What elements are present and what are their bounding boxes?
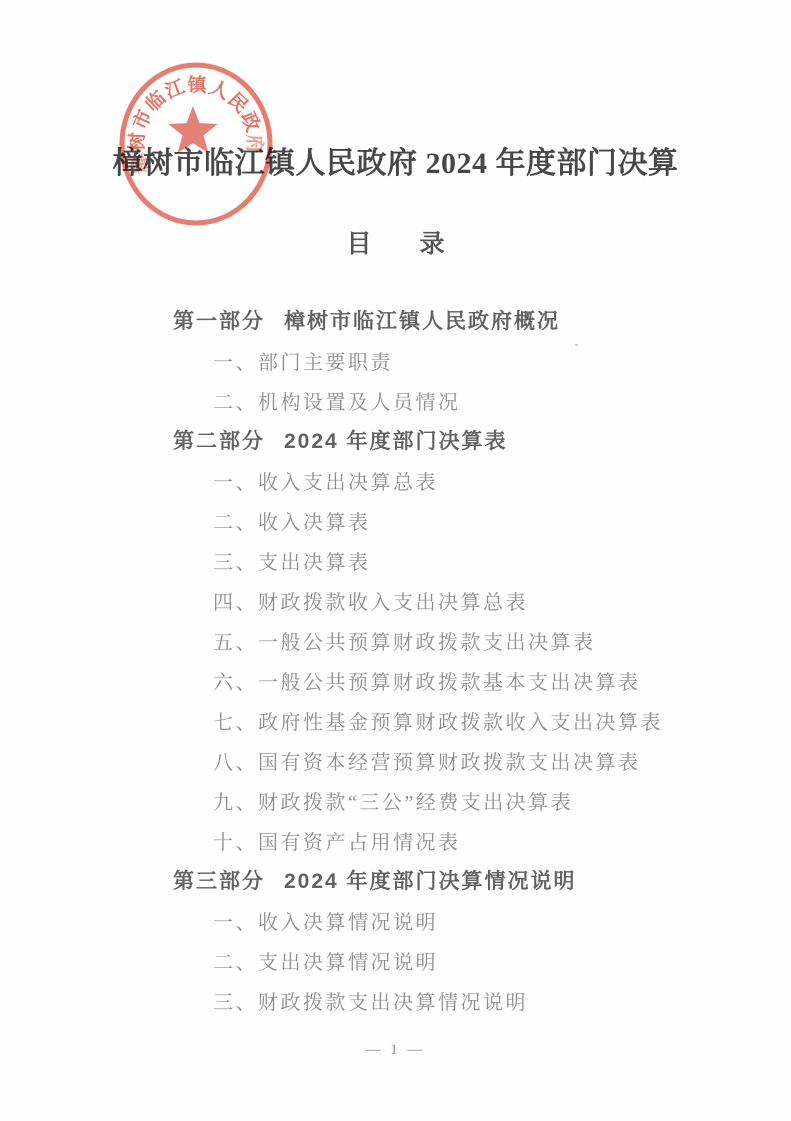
toc-item: 六、一般公共预算财政拨款基本支出决算表 xyxy=(173,660,731,700)
toc-section-label: 第二部分 xyxy=(173,425,265,455)
toc-item: 九、财政拨款“三公”经费支出决算表 xyxy=(173,780,731,820)
toc-heading: 目录 xyxy=(0,224,791,260)
scan-speck xyxy=(575,344,578,346)
toc-section-label: 第一部分 xyxy=(173,305,265,335)
toc-item: 十、国有资产占用情况表 xyxy=(173,820,731,860)
toc-section-title: 樟树市临江镇人民政府概况 xyxy=(284,305,560,335)
toc-section-label: 第三部分 xyxy=(173,865,265,895)
toc-item: 一、部门主要职责 xyxy=(173,340,731,380)
toc-heading-left: 目 xyxy=(346,231,371,258)
toc-section-header-3: 第三部分2024 年度部门决算情况说明 xyxy=(173,860,731,900)
document-page: 樟树市临江镇人民政府 2024 年度部门决算 目录 第一部分樟树市临江镇人民政府… xyxy=(0,0,791,1121)
toc-section-header-1: 第一部分樟树市临江镇人民政府概况 xyxy=(173,300,731,340)
seal-char: 市 xyxy=(128,106,157,133)
toc-item: 二、支出决算情况说明 xyxy=(173,940,731,980)
toc-item: 四、财政拨款收入支出决算总表 xyxy=(173,580,731,620)
seal-char: 江 xyxy=(162,75,189,103)
toc-item: 八、国有资本经营预算财政拨款支出决算表 xyxy=(173,740,731,780)
seal-char: 镇 xyxy=(187,73,208,96)
toc-heading-right: 录 xyxy=(420,231,445,258)
seal-char: 人 xyxy=(206,76,232,104)
document-title: 樟树市临江镇人民政府 2024 年度部门决算 xyxy=(0,138,791,182)
page-number: — 1 — xyxy=(0,1042,791,1059)
seal-char: 政 xyxy=(236,109,264,135)
toc-item: 七、政府性基金预算财政拨款收入支出决算表 xyxy=(173,700,731,740)
toc-section-title: 2024 年度部门决算情况说明 xyxy=(284,865,577,895)
toc-item: 三、财政拨款支出决算情况说明 xyxy=(173,980,731,1020)
toc-item: 一、收入决算情况说明 xyxy=(173,900,731,940)
toc-item: 五、一般公共预算财政拨款支出决算表 xyxy=(173,620,731,660)
toc-item: 一、收入支出决算总表 xyxy=(173,460,731,500)
toc-item: 二、收入决算表 xyxy=(173,500,731,540)
table-of-contents: 第一部分樟树市临江镇人民政府概况一、部门主要职责二、机构设置及人员情况第二部分2… xyxy=(173,300,731,1020)
seal-char: 临 xyxy=(141,86,171,116)
toc-section-title: 2024 年度部门决算表 xyxy=(284,425,508,455)
toc-item: 二、机构设置及人员情况 xyxy=(173,380,731,420)
toc-section-header-2: 第二部分2024 年度部门决算表 xyxy=(173,420,731,460)
seal-char: 民 xyxy=(223,89,252,118)
toc-item: 三、支出决算表 xyxy=(173,540,731,580)
